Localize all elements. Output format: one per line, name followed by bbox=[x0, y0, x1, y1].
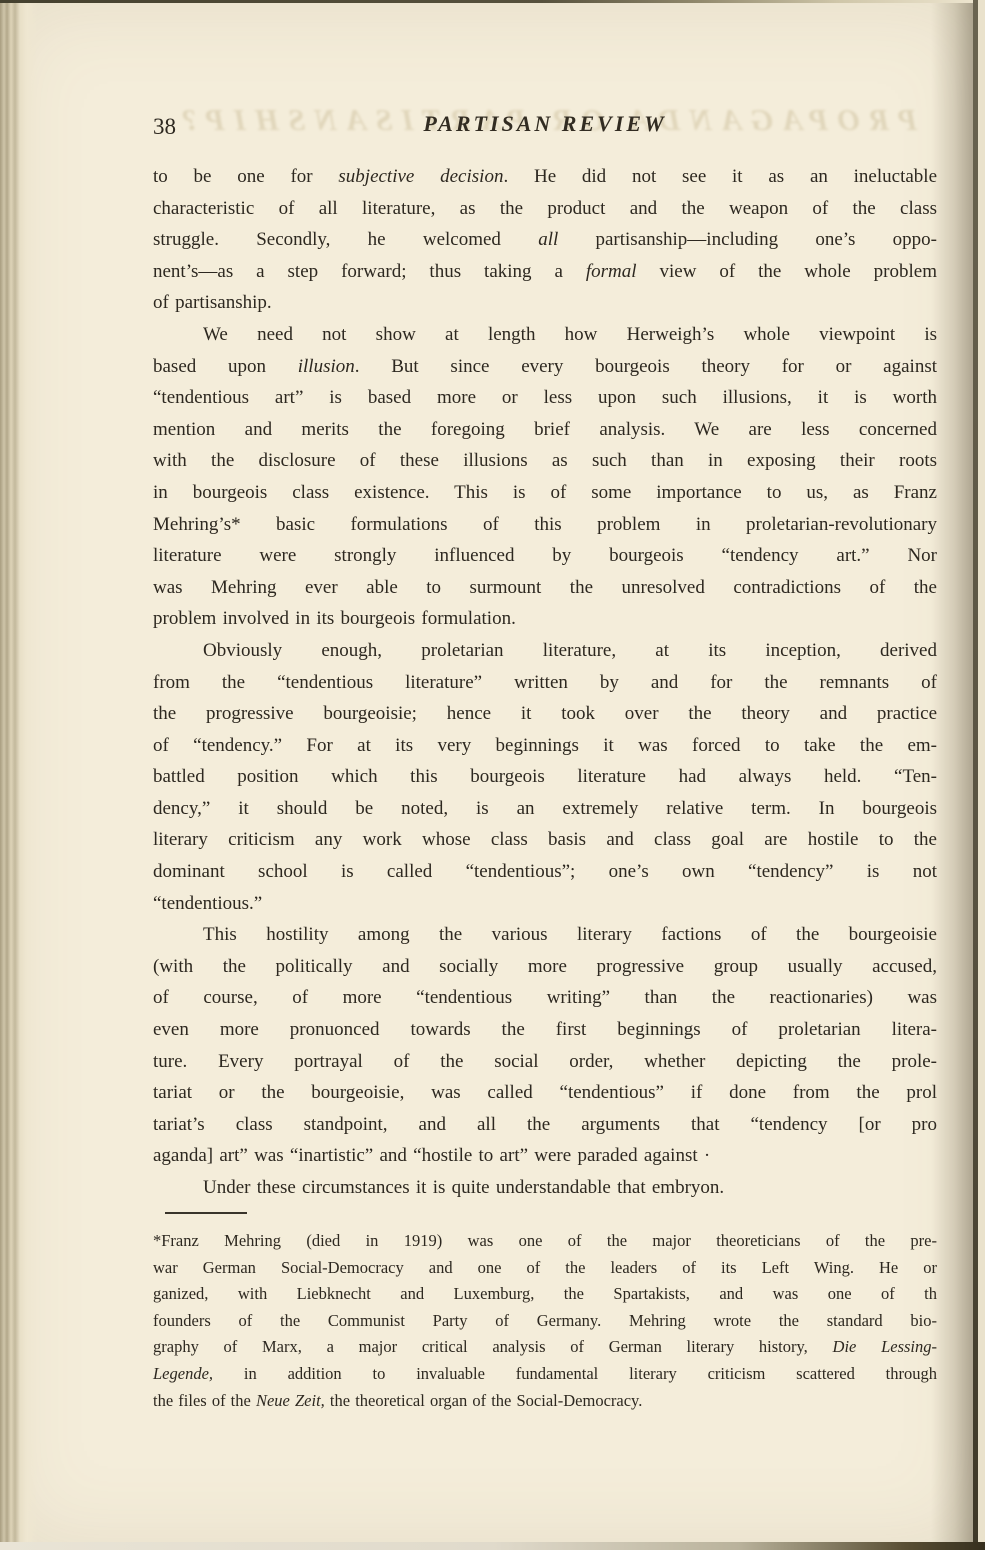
text-line: the progressive bourgeoisie; hence it to… bbox=[153, 698, 937, 730]
text-line: graphy of Marx, a major critical analysi… bbox=[153, 1334, 937, 1361]
text-line: to be one for subjective decision. He di… bbox=[153, 161, 937, 193]
footnote-rule bbox=[165, 1212, 247, 1214]
text-line: mention and merits the foregoing brief a… bbox=[153, 414, 937, 446]
page-curve-shadow bbox=[931, 0, 973, 1550]
text-line: based upon illusion. But since every bou… bbox=[153, 351, 937, 383]
text-line: literary criticism any work whose class … bbox=[153, 824, 937, 856]
text-line: Mehring’s* basic formulations of this pr… bbox=[153, 509, 937, 541]
text-line: dency,” it should be noted, is an extrem… bbox=[153, 793, 937, 825]
text-line: tariat or the bourgeoisie, was called “t… bbox=[153, 1077, 937, 1109]
book-binding-edge bbox=[0, 0, 38, 1550]
text-line: struggle. Secondly, he welcomed all part… bbox=[153, 224, 937, 256]
book-page-scan: PROPAGANDA OR PARTISANSHIP? 38 PARTISAN … bbox=[0, 0, 985, 1550]
text-line: of partisanship. bbox=[153, 287, 937, 319]
text-line: war German Social-Democracy and one of t… bbox=[153, 1255, 937, 1282]
text-line: of course, of more “tendentious writing”… bbox=[153, 982, 937, 1014]
scan-bottom-edge bbox=[0, 1542, 985, 1550]
text-line: literature were strongly influenced by b… bbox=[153, 540, 937, 572]
text-line: from the “tendentious literature” writte… bbox=[153, 667, 937, 699]
scan-top-edge bbox=[0, 0, 985, 3]
text-line: We need not show at length how Herweigh’… bbox=[153, 319, 937, 351]
text-line: tariat’s class standpoint, and all the a… bbox=[153, 1109, 937, 1141]
text-line: the files of the Neue Zeit, the theoreti… bbox=[153, 1388, 937, 1415]
text-line: with the disclosure of these illusions a… bbox=[153, 445, 937, 477]
text-line: in bourgeois class existence. This is of… bbox=[153, 477, 937, 509]
text-line: characteristic of all literature, as the… bbox=[153, 193, 937, 225]
text-line: Legende, in addition to invaluable funda… bbox=[153, 1361, 937, 1388]
text-line: *Franz Mehring (died in 1919) was one of… bbox=[153, 1228, 937, 1255]
body-text: to be one for subjective decision. He di… bbox=[153, 161, 937, 1204]
text-line: ture. Every portrayal of the social orde… bbox=[153, 1046, 937, 1078]
text-line: Under these circumstances it is quite un… bbox=[153, 1172, 937, 1204]
running-head: PARTISAN REVIEW bbox=[153, 111, 937, 137]
next-page-sliver bbox=[978, 0, 985, 1550]
text-line: nent’s—as a step forward; thus taking a … bbox=[153, 256, 937, 288]
text-line: This hostility among the various literar… bbox=[153, 919, 937, 951]
text-line: problem involved in its bourgeois formul… bbox=[153, 603, 937, 635]
text-line: dominant school is called “tendentious”;… bbox=[153, 856, 937, 888]
text-line: Obviously enough, proletarian literature… bbox=[153, 635, 937, 667]
text-line: of “tendency.” For at its very beginning… bbox=[153, 730, 937, 762]
text-line: founders of the Communist Party of Germa… bbox=[153, 1308, 937, 1335]
text-line: “tendentious art” is based more or less … bbox=[153, 382, 937, 414]
footnote: *Franz Mehring (died in 1919) was one of… bbox=[153, 1228, 937, 1414]
text-line: was Mehring ever able to surmount the un… bbox=[153, 572, 937, 604]
text-line: (with the politically and socially more … bbox=[153, 951, 937, 983]
text-line: aganda] art” was “inartistic” and “hosti… bbox=[153, 1140, 937, 1172]
text-line: ganized, with Liebknecht and Luxemburg, … bbox=[153, 1281, 937, 1308]
text-line: battled position which this bourgeois li… bbox=[153, 761, 937, 793]
text-line: “tendentious.” bbox=[153, 888, 937, 920]
text-line: even more pronuonced towards the first b… bbox=[153, 1014, 937, 1046]
